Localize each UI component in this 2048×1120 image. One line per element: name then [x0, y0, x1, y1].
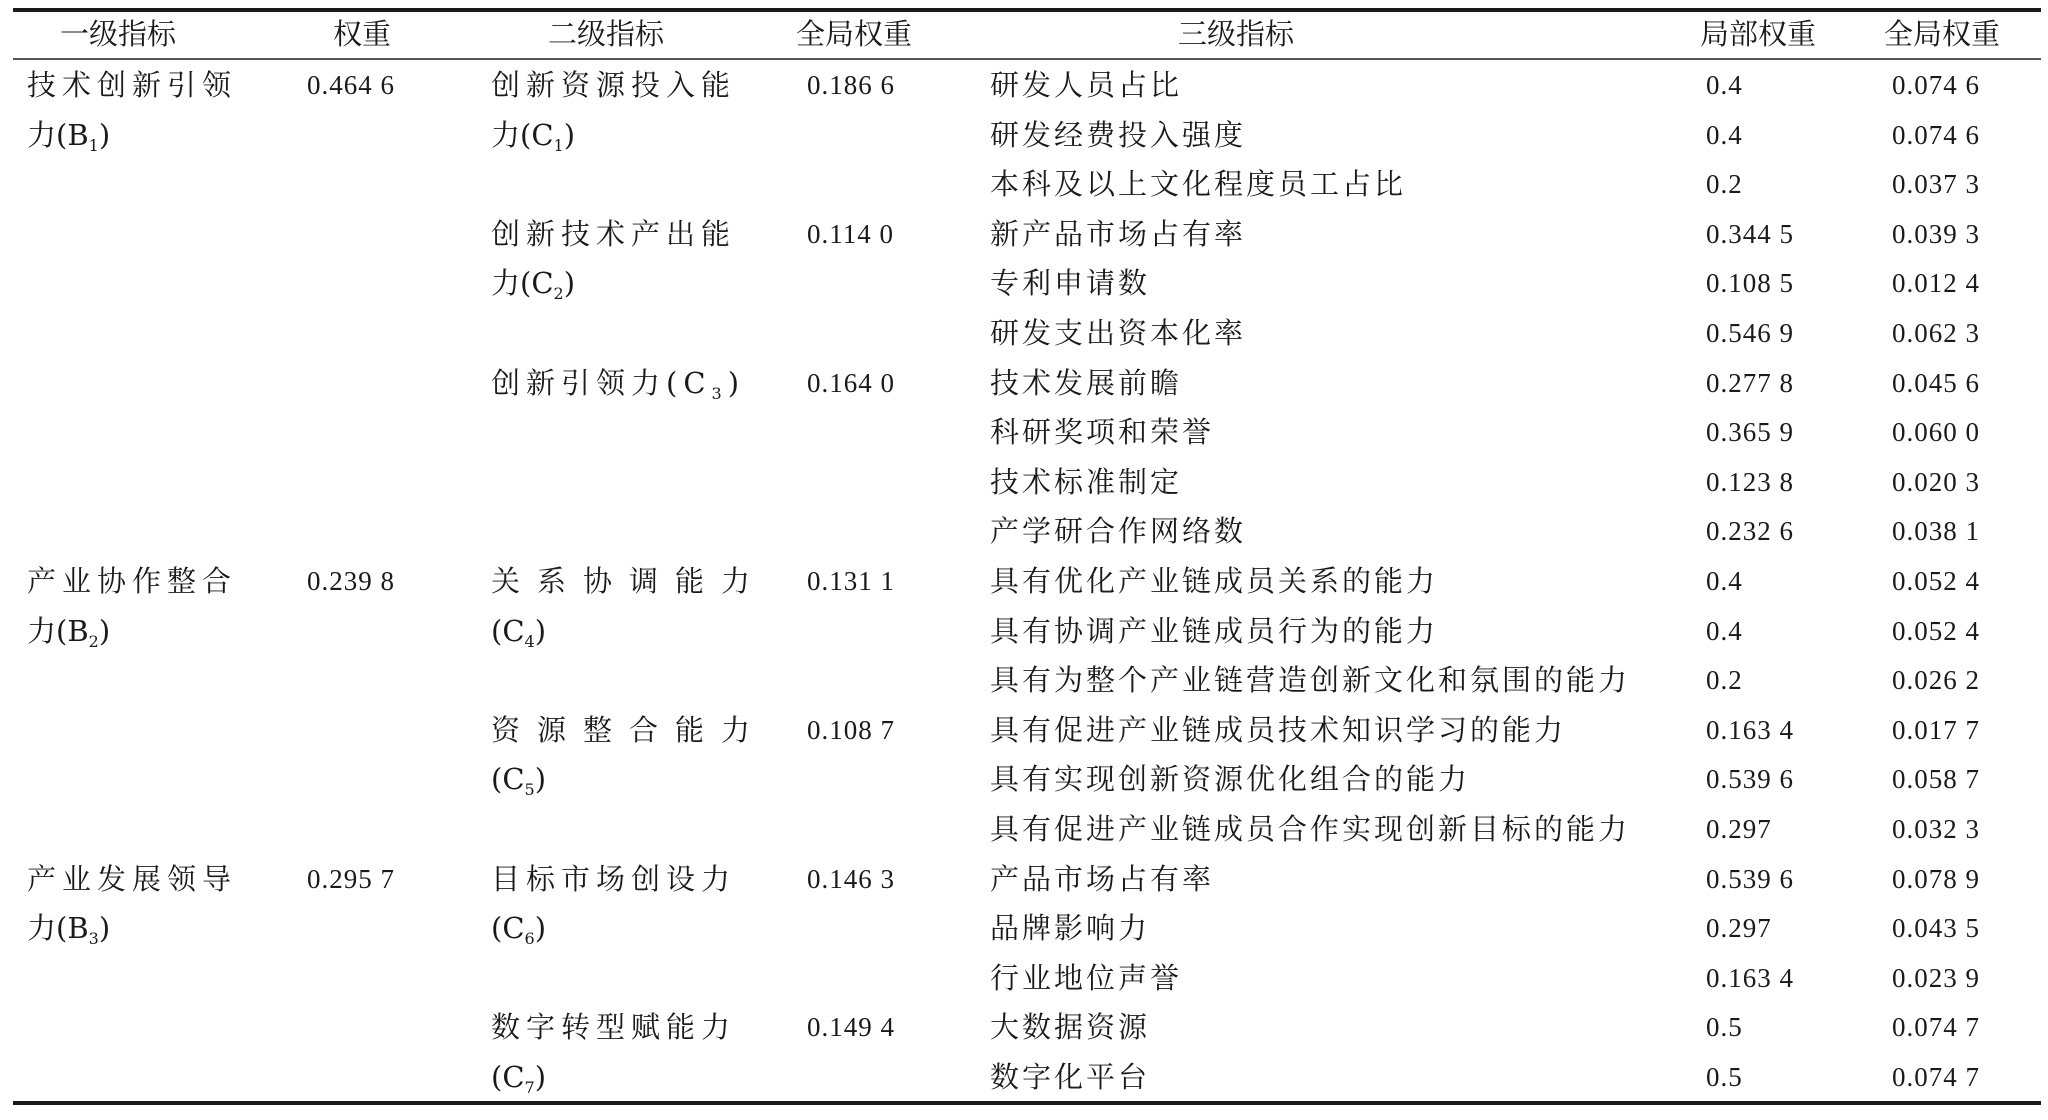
- header-weight: 权重: [333, 10, 391, 58]
- level2-name-suffix: ): [728, 366, 745, 400]
- level2-name-line2-suffix: ): [535, 614, 546, 648]
- level2-name-line2-prefix: 力(C: [491, 118, 554, 152]
- level1-weight: 0.464 6: [307, 60, 395, 110]
- level3-local-weight: 0.4: [1706, 606, 1743, 656]
- level1-name-line2-subscript: 1: [89, 136, 99, 155]
- level2-global-weight: 0.164 0: [807, 358, 895, 408]
- level2-name-subscript: 3: [712, 384, 728, 403]
- level3-name: 产学研合作网络数: [990, 506, 1246, 556]
- level3-global-weight: 0.037 3: [1892, 159, 1980, 209]
- level2-global-weight: 0.131 1: [807, 556, 895, 606]
- header-local-weight: 局部权重: [1700, 10, 1816, 58]
- level2-name-line2-subscript: 2: [554, 284, 564, 303]
- level2-name-line1: 目标市场创设力: [491, 854, 736, 904]
- header-level2: 二级指标: [548, 10, 664, 58]
- level2-name-line2-subscript: 6: [525, 929, 535, 948]
- level3-local-weight: 0.5: [1706, 1052, 1743, 1102]
- level2-name-line2: 力(C1): [491, 110, 575, 160]
- level3-local-weight: 0.2: [1706, 655, 1743, 705]
- level3-local-weight: 0.539 6: [1706, 754, 1794, 804]
- header-level3: 三级指标: [1178, 10, 1294, 58]
- level3-name: 数字化平台: [990, 1052, 1150, 1102]
- level3-local-weight: 0.365 9: [1706, 407, 1794, 457]
- level3-local-weight: 0.108 5: [1706, 258, 1794, 308]
- level1-name-line1: 产业协作整合: [27, 556, 237, 606]
- level1-name-line2: 力(B2): [27, 606, 110, 656]
- level1-name-line2-subscript: 2: [89, 632, 99, 651]
- level2-name-line2-suffix: ): [564, 118, 575, 152]
- level1-name-line2-suffix: ): [99, 911, 110, 945]
- level3-global-weight: 0.038 1: [1892, 506, 1980, 556]
- level2-name-line1: 资源整合能力: [491, 705, 767, 755]
- level1-name-line2-suffix: ): [99, 614, 110, 648]
- level2-name-line2-prefix: (C: [491, 1060, 525, 1094]
- header-global-weight-l3: 全局权重: [1884, 10, 2000, 58]
- level3-global-weight: 0.012 4: [1892, 258, 1980, 308]
- level3-local-weight: 0.297: [1706, 903, 1772, 953]
- header-level1: 一级指标: [60, 10, 176, 58]
- level2-global-weight: 0.146 3: [807, 854, 895, 904]
- level1-weight: 0.239 8: [307, 556, 395, 606]
- level3-global-weight: 0.052 4: [1892, 556, 1980, 606]
- level2-name-line2-suffix: ): [535, 1060, 546, 1094]
- level3-local-weight: 0.344 5: [1706, 209, 1794, 259]
- level1-name-line2-suffix: ): [99, 118, 110, 152]
- level3-local-weight: 0.123 8: [1706, 457, 1794, 507]
- level3-global-weight: 0.017 7: [1892, 705, 1980, 755]
- level3-local-weight: 0.4: [1706, 60, 1743, 110]
- level3-global-weight: 0.060 0: [1892, 407, 1980, 457]
- level3-global-weight: 0.045 6: [1892, 358, 1980, 408]
- level3-global-weight: 0.074 7: [1892, 1002, 1980, 1052]
- level3-name: 具有优化产业链成员关系的能力: [990, 556, 1438, 606]
- level3-name: 本科及以上文化程度员工占比: [990, 159, 1406, 209]
- level3-global-weight: 0.062 3: [1892, 308, 1980, 358]
- level3-local-weight: 0.277 8: [1706, 358, 1794, 408]
- level3-local-weight: 0.163 4: [1706, 953, 1794, 1003]
- level3-global-weight: 0.020 3: [1892, 457, 1980, 507]
- level2-name-line2-prefix: 力(C: [491, 266, 554, 300]
- level1-name-line2-prefix: 力(B: [27, 614, 89, 648]
- level2-name-line2-suffix: ): [535, 762, 546, 796]
- level3-global-weight: 0.058 7: [1892, 754, 1980, 804]
- level3-global-weight: 0.052 4: [1892, 606, 1980, 656]
- level2-name-line2-prefix: (C: [491, 911, 525, 945]
- level3-global-weight: 0.074 7: [1892, 1052, 1980, 1102]
- level3-global-weight: 0.032 3: [1892, 804, 1980, 854]
- level3-name: 专利申请数: [990, 258, 1150, 308]
- level2-name-line2: (C4): [491, 606, 546, 656]
- level2-global-weight: 0.149 4: [807, 1002, 895, 1052]
- level2-name-line2-subscript: 7: [525, 1078, 535, 1097]
- level3-name: 技术标准制定: [990, 457, 1182, 507]
- level3-local-weight: 0.539 6: [1706, 854, 1794, 904]
- level2-name-line2: (C6): [491, 903, 546, 953]
- level3-local-weight: 0.163 4: [1706, 705, 1794, 755]
- level3-name: 具有为整个产业链营造创新文化和氛围的能力: [990, 655, 1630, 705]
- level3-name: 具有促进产业链成员合作实现创新目标的能力: [990, 804, 1630, 854]
- level3-name: 产品市场占有率: [990, 854, 1214, 904]
- level3-name: 研发人员占比: [990, 60, 1182, 110]
- level2-name-line2-subscript: 5: [525, 780, 535, 799]
- level3-name: 行业地位声誉: [990, 953, 1182, 1003]
- level1-name-line1: 技术创新引领: [27, 60, 237, 110]
- level3-global-weight: 0.039 3: [1892, 209, 1980, 259]
- level3-global-weight: 0.074 6: [1892, 110, 1980, 160]
- level2-name-line2-subscript: 4: [525, 632, 535, 651]
- level1-name-line2-prefix: 力(B: [27, 911, 89, 945]
- level3-local-weight: 0.5: [1706, 1002, 1743, 1052]
- level3-global-weight: 0.043 5: [1892, 903, 1980, 953]
- level3-global-weight: 0.026 2: [1892, 655, 1980, 705]
- level2-name-line1: 数字转型赋能力: [491, 1002, 736, 1052]
- level2-name-line2-suffix: ): [535, 911, 546, 945]
- level3-name: 科研奖项和荣誉: [990, 407, 1214, 457]
- level3-name: 具有协调产业链成员行为的能力: [990, 606, 1438, 656]
- level3-global-weight: 0.074 6: [1892, 60, 1980, 110]
- level2-name-line1: 创新技术产出能: [491, 209, 736, 259]
- level2-global-weight: 0.114 0: [807, 209, 894, 259]
- level1-name-line2-prefix: 力(B: [27, 118, 89, 152]
- level3-name: 具有实现创新资源优化组合的能力: [990, 754, 1470, 804]
- level3-local-weight: 0.4: [1706, 110, 1743, 160]
- level2-name-line2: (C5): [491, 754, 546, 804]
- level3-global-weight: 0.023 9: [1892, 953, 1980, 1003]
- level2-name-line2-prefix: (C: [491, 614, 525, 648]
- level1-name-line2: 力(B1): [27, 110, 110, 160]
- level2-name-text: 创新引领力(C: [491, 366, 712, 400]
- level2-name-line1: 关系协调能力: [491, 556, 767, 606]
- level1-name-line2-subscript: 3: [89, 929, 99, 948]
- level2-name-line2: (C7): [491, 1052, 546, 1102]
- level3-name: 技术发展前瞻: [990, 358, 1182, 408]
- level2-name-line2: 力(C2): [491, 258, 575, 308]
- level2-name-line1: 创新资源投入能: [491, 60, 736, 110]
- level3-global-weight: 0.078 9: [1892, 854, 1980, 904]
- level2-name: 创新引领力(C3): [491, 358, 745, 408]
- level2-global-weight: 0.108 7: [807, 705, 895, 755]
- level3-name: 研发支出资本化率: [990, 308, 1246, 358]
- level1-name-line1: 产业发展领导: [27, 854, 237, 904]
- level3-name: 新产品市场占有率: [990, 209, 1246, 259]
- level2-global-weight: 0.186 6: [807, 60, 895, 110]
- level3-local-weight: 0.297: [1706, 804, 1772, 854]
- level2-name-line2-prefix: (C: [491, 762, 525, 796]
- level1-weight: 0.295 7: [307, 854, 395, 904]
- level3-name: 大数据资源: [990, 1002, 1150, 1052]
- level3-name: 具有促进产业链成员技术知识学习的能力: [990, 705, 1566, 755]
- level2-name-line2-suffix: ): [564, 266, 575, 300]
- level1-name-line2: 力(B3): [27, 903, 110, 953]
- level3-local-weight: 0.2: [1706, 159, 1743, 209]
- level3-local-weight: 0.232 6: [1706, 506, 1794, 556]
- level3-name: 研发经费投入强度: [990, 110, 1246, 160]
- level3-local-weight: 0.4: [1706, 556, 1743, 606]
- level3-name: 品牌影响力: [990, 903, 1150, 953]
- header-global-weight-l2: 全局权重: [796, 10, 912, 58]
- level2-name-line2-subscript: 1: [554, 136, 564, 155]
- level3-local-weight: 0.546 9: [1706, 308, 1794, 358]
